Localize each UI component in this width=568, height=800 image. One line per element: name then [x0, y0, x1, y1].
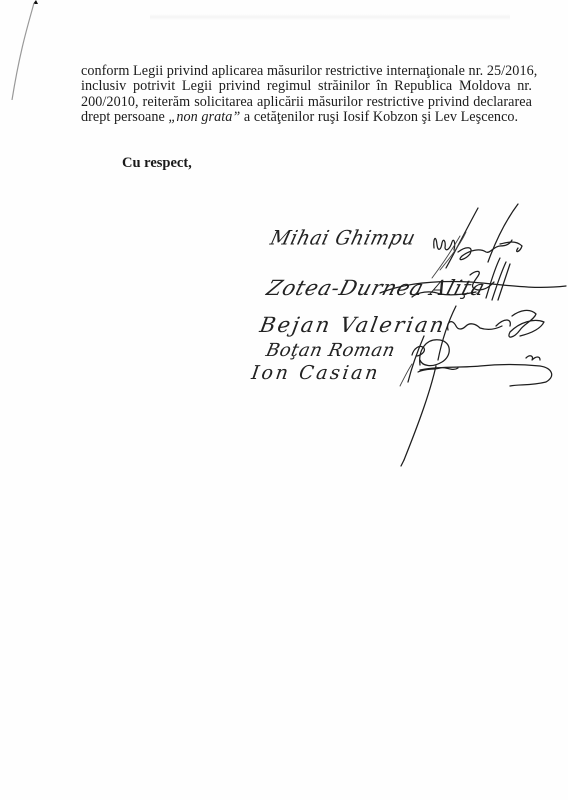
- signatory-name: Mihai Ghimpu: [268, 227, 418, 250]
- handwritten-signature-icon: [0, 0, 568, 800]
- signatory-name: Boţan Roman: [264, 340, 397, 361]
- document-page: conform Legii privind aplicarea măsurilo…: [0, 0, 568, 800]
- signatory-name: Bejan Valerian: [258, 313, 448, 337]
- signatory-name: Zotea-Durnea Aliţa: [264, 276, 488, 300]
- signatory-name: Ion Casian: [250, 362, 382, 384]
- signature-block: Mihai Ghimpu Zotea-Durnea Aliţa Bejan Va…: [0, 0, 568, 800]
